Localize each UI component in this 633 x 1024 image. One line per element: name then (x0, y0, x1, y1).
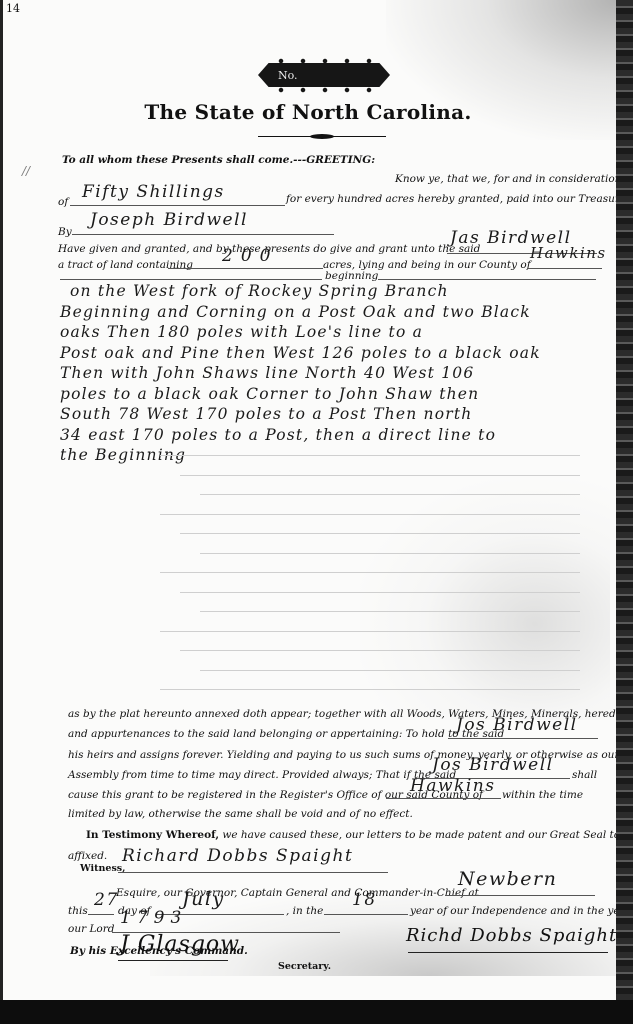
place-name: Newbern (458, 868, 557, 890)
description-line: on the West fork of Rockey Spring Branch (70, 282, 449, 300)
stain (360, 480, 610, 720)
in-the-label: , in the (286, 906, 323, 917)
ruled-line (160, 631, 580, 632)
county-name: Hawkins (530, 244, 607, 262)
margin-mark: // (22, 165, 30, 177)
closing-shall: shall (572, 770, 597, 781)
independence-year: 18 (352, 890, 377, 910)
preamble-of: of (58, 197, 68, 208)
governor-line: Esquire, our Governor, Captain General a… (116, 888, 479, 899)
description-line: Then with John Shaws line North 40 West … (60, 364, 474, 382)
witness-name: Richard Dobbs Spaight (122, 846, 353, 866)
testimony-lead: In Testimony Whereof, (86, 829, 219, 841)
ruled-line (160, 514, 580, 515)
preamble-line-1: Know ye, that we, for and in considerati… (395, 174, 616, 185)
grantee-name-2: Jos Birdwell (456, 715, 578, 735)
payer-name: Joseph Birdwell (90, 210, 248, 230)
scan-edge (616, 0, 633, 1024)
preamble-line-2: for every hundred acres hereby granted, … (286, 194, 616, 205)
governor-signature: Richd Dobbs Spaight (406, 925, 616, 946)
month-value: July (182, 888, 225, 910)
year-value: 1793 (120, 908, 187, 928)
preamble-by: By (58, 227, 72, 238)
scan-edge (0, 1000, 633, 1024)
acreage: 200 (222, 246, 278, 266)
ruled-line (200, 670, 580, 671)
description-line: Beginning and Corning on a Post Oak and … (60, 303, 531, 321)
scan-edge (0, 0, 3, 1000)
ruled-line (180, 592, 580, 593)
preamble-county: acres, lying and being in our County of (323, 260, 531, 271)
ruled-line (160, 455, 580, 456)
affixed: affixed. (68, 851, 107, 862)
document-title: The State of North Carolina. (0, 100, 616, 124)
page-number: 14 (6, 2, 20, 15)
grant-number-badge: No. (258, 63, 390, 87)
ruled-line (200, 611, 580, 612)
this-label: this (68, 906, 88, 917)
county-name-2: Hawkins (410, 776, 495, 796)
ruled-line (200, 553, 580, 554)
ruled-line (180, 533, 580, 534)
document-page: 14 No. The State of North Carolina. // T… (0, 0, 616, 1000)
closing-line-4: Assembly from time to time may direct. P… (68, 770, 456, 781)
greeting: To all whom these Presents shall come.--… (62, 155, 375, 166)
testimony-rest: we have caused these, our letters to be … (222, 829, 616, 841)
closing-line-2: and appurtenances to the said land belon… (68, 729, 504, 740)
preamble-beginning: beginning (325, 271, 378, 282)
our-lord-label: our Lord (68, 924, 114, 935)
ruled-line (160, 572, 580, 573)
closing-line-6: limited by law, otherwise the same shall… (68, 809, 413, 820)
badge-label: No. (278, 69, 298, 82)
ruled-line (180, 650, 580, 651)
day-value: 27 (94, 890, 119, 910)
title-ornament (310, 134, 334, 139)
testimony-line: In Testimony Whereof, we have caused the… (86, 830, 616, 841)
ruled-line (200, 494, 580, 495)
secretary-label: Secretary. (278, 962, 331, 972)
grantee-name-3: Jos Birdwell (432, 755, 554, 775)
year-suffix: year of our Independence and in the year… (410, 906, 616, 917)
secretary-signature: J Glasgow (120, 932, 240, 957)
description-line: poles to a black oak Corner to John Shaw… (60, 385, 479, 403)
description-line: Post oak and Pine then West 126 poles to… (60, 344, 541, 362)
badge-ornament (270, 87, 380, 93)
description-line: oaks Then 180 poles with Loe's line to a (60, 323, 423, 341)
closing-within: within the time (502, 790, 583, 801)
description-line: 34 east 170 poles to a Post, then a dire… (60, 426, 496, 444)
consideration-sum: Fifty Shillings (82, 182, 225, 202)
description-line: South 78 West 170 poles to a Post Then n… (60, 405, 473, 423)
ruled-line (180, 475, 580, 476)
ruled-line (160, 689, 580, 690)
